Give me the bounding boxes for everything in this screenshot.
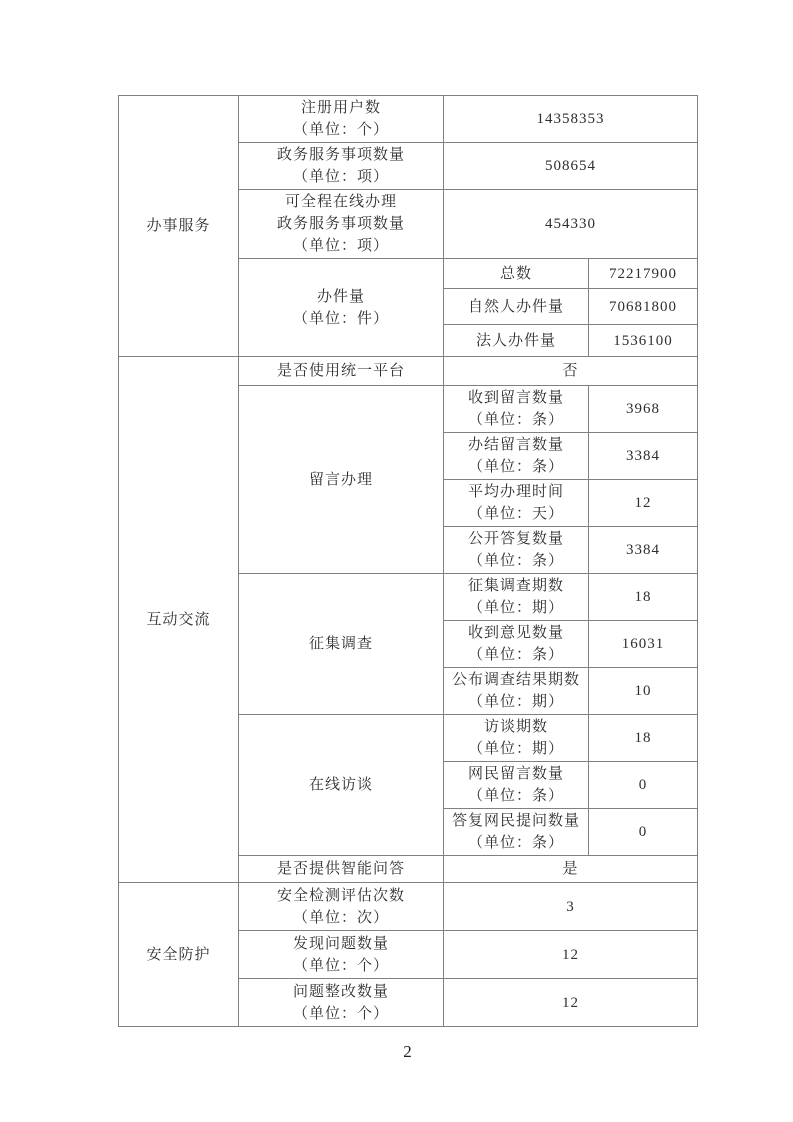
metric-value-smart-qa: 是 xyxy=(444,856,698,883)
sub-value-msg-public-reply: 3384 xyxy=(589,527,698,574)
metric-unit: （单位：次） xyxy=(241,907,441,929)
metric-unit: （单位：期） xyxy=(446,597,586,619)
metric-label-cell-online-items: 可全程在线办理 政务服务事项数量 （单位：项） xyxy=(239,190,444,259)
metric-label-cell-issues-fixed: 问题整改数量 （单位：个） xyxy=(239,979,444,1027)
group-unit: （单位：件） xyxy=(241,308,441,330)
metric-unit: （单位：条） xyxy=(446,550,586,572)
metric-unit: （单位：个） xyxy=(241,955,441,977)
sub-label-cell-interview-replies: 答复网民提问数量 （单位：条） xyxy=(444,809,589,856)
metric-label: 可全程在线办理 xyxy=(241,191,441,213)
metric-unit: （单位：个） xyxy=(241,119,441,141)
metric-label: 问题整改数量 xyxy=(241,981,441,1003)
sub-value-cases-legal: 1536100 xyxy=(589,325,698,357)
section-interaction: 互动交流 xyxy=(119,357,239,883)
metric-label: 政务服务事项数量 xyxy=(241,213,441,235)
metric-label-cell-issues-found: 发现问题数量 （单位：个） xyxy=(239,931,444,979)
metric-label: 公布调查结果期数 xyxy=(446,669,586,691)
metric-label-cell-service-items: 政务服务事项数量 （单位：项） xyxy=(239,143,444,190)
metric-unit: （单位：条） xyxy=(446,832,586,854)
metric-label-cell-smart-qa: 是否提供智能问答 xyxy=(239,856,444,883)
metric-label: 安全检测评估次数 xyxy=(241,885,441,907)
metric-label: 公开答复数量 xyxy=(446,528,586,550)
table-row: 安全防护 安全检测评估次数 （单位：次） 3 xyxy=(119,883,698,931)
metric-value-unified-platform: 否 xyxy=(444,357,698,386)
table-row: 互动交流 是否使用统一平台 否 xyxy=(119,357,698,386)
sub-value-cases-total: 72217900 xyxy=(589,259,698,289)
metric-value-issues-fixed: 12 xyxy=(444,979,698,1027)
metric-value-issues-found: 12 xyxy=(444,931,698,979)
metric-unit: （单位：项） xyxy=(241,235,441,257)
metric-unit: （单位：天） xyxy=(446,503,586,525)
sub-value-msg-received: 3968 xyxy=(589,386,698,433)
metric-value-online-items: 454330 xyxy=(444,190,698,259)
sub-label-cell-msg-received: 收到留言数量 （单位：条） xyxy=(444,386,589,433)
section-security: 安全防护 xyxy=(119,883,239,1027)
metric-label: 平均办理时间 xyxy=(446,481,586,503)
sub-value-survey-opinions: 16031 xyxy=(589,621,698,668)
section-label: 办事服务 xyxy=(121,215,236,237)
metric-unit: （单位：条） xyxy=(446,409,586,431)
sub-value-cases-natural: 70681800 xyxy=(589,289,698,325)
sub-value-survey-periods: 18 xyxy=(589,574,698,621)
sub-label-cell-msg-avg-time: 平均办理时间 （单位：天） xyxy=(444,480,589,527)
sub-label-cell-cases-legal: 法人办件量 xyxy=(444,325,589,357)
sub-label-cell-survey-periods: 征集调查期数 （单位：期） xyxy=(444,574,589,621)
section-label: 安全防护 xyxy=(121,944,236,966)
sub-value-msg-avg-time: 12 xyxy=(589,480,698,527)
metric-label: 注册用户数 xyxy=(241,97,441,119)
sub-value-interview-messages: 0 xyxy=(589,762,698,809)
section-service-handling: 办事服务 xyxy=(119,96,239,357)
sub-value-survey-results: 10 xyxy=(589,668,698,715)
page-number: 2 xyxy=(118,1042,697,1062)
metric-value-security-checks: 3 xyxy=(444,883,698,931)
table-row: 办事服务 注册用户数 （单位：个） 14358353 xyxy=(119,96,698,143)
metric-label: 访谈期数 xyxy=(446,716,586,738)
metric-unit: （单位：期） xyxy=(446,691,586,713)
sub-label-cell-msg-completed: 办结留言数量 （单位：条） xyxy=(444,433,589,480)
metric-label-cell-security-checks: 安全检测评估次数 （单位：次） xyxy=(239,883,444,931)
metric-unit: （单位：条） xyxy=(446,456,586,478)
report-table: 办事服务 注册用户数 （单位：个） 14358353 政务服务事项数量 （单位：… xyxy=(118,95,698,1027)
metric-value-service-items: 508654 xyxy=(444,143,698,190)
sub-label-cell-cases-natural: 自然人办件量 xyxy=(444,289,589,325)
metric-label: 网民留言数量 xyxy=(446,763,586,785)
metric-unit: （单位：条） xyxy=(446,785,586,807)
metric-label: 答复网民提问数量 xyxy=(446,810,586,832)
sub-label-cell-msg-public-reply: 公开答复数量 （单位：条） xyxy=(444,527,589,574)
metric-unit: （单位：期） xyxy=(446,738,586,760)
metric-unit: （单位：个） xyxy=(241,1003,441,1025)
metric-label-cell-registered-users: 注册用户数 （单位：个） xyxy=(239,96,444,143)
sub-label-cell-cases-total: 总数 xyxy=(444,259,589,289)
document-page: 办事服务 注册用户数 （单位：个） 14358353 政务服务事项数量 （单位：… xyxy=(0,0,793,1122)
metric-label: 发现问题数量 xyxy=(241,933,441,955)
metric-label: 收到留言数量 xyxy=(446,387,586,409)
metric-unit: （单位：条） xyxy=(446,644,586,666)
metric-label-cell-unified-platform: 是否使用统一平台 xyxy=(239,357,444,386)
group-label: 办件量 xyxy=(241,286,441,308)
sub-label-cell-interview-messages: 网民留言数量 （单位：条） xyxy=(444,762,589,809)
metric-label: 办结留言数量 xyxy=(446,434,586,456)
metric-value-registered-users: 14358353 xyxy=(444,96,698,143)
group-label-cell-cases: 办件量 （单位：件） xyxy=(239,259,444,357)
group-label-cell-interview: 在线访谈 xyxy=(239,715,444,856)
sub-value-msg-completed: 3384 xyxy=(589,433,698,480)
metric-label: 征集调查期数 xyxy=(446,575,586,597)
metric-label: 政务服务事项数量 xyxy=(241,144,441,166)
sub-label-cell-survey-results: 公布调查结果期数 （单位：期） xyxy=(444,668,589,715)
metric-unit: （单位：项） xyxy=(241,166,441,188)
section-label: 互动交流 xyxy=(121,609,236,631)
sub-label-cell-interview-periods: 访谈期数 （单位：期） xyxy=(444,715,589,762)
group-label-cell-message-handling: 留言办理 xyxy=(239,386,444,574)
group-label-cell-survey: 征集调查 xyxy=(239,574,444,715)
sub-value-interview-periods: 18 xyxy=(589,715,698,762)
sub-label-cell-survey-opinions: 收到意见数量 （单位：条） xyxy=(444,621,589,668)
metric-label: 收到意见数量 xyxy=(446,622,586,644)
sub-value-interview-replies: 0 xyxy=(589,809,698,856)
